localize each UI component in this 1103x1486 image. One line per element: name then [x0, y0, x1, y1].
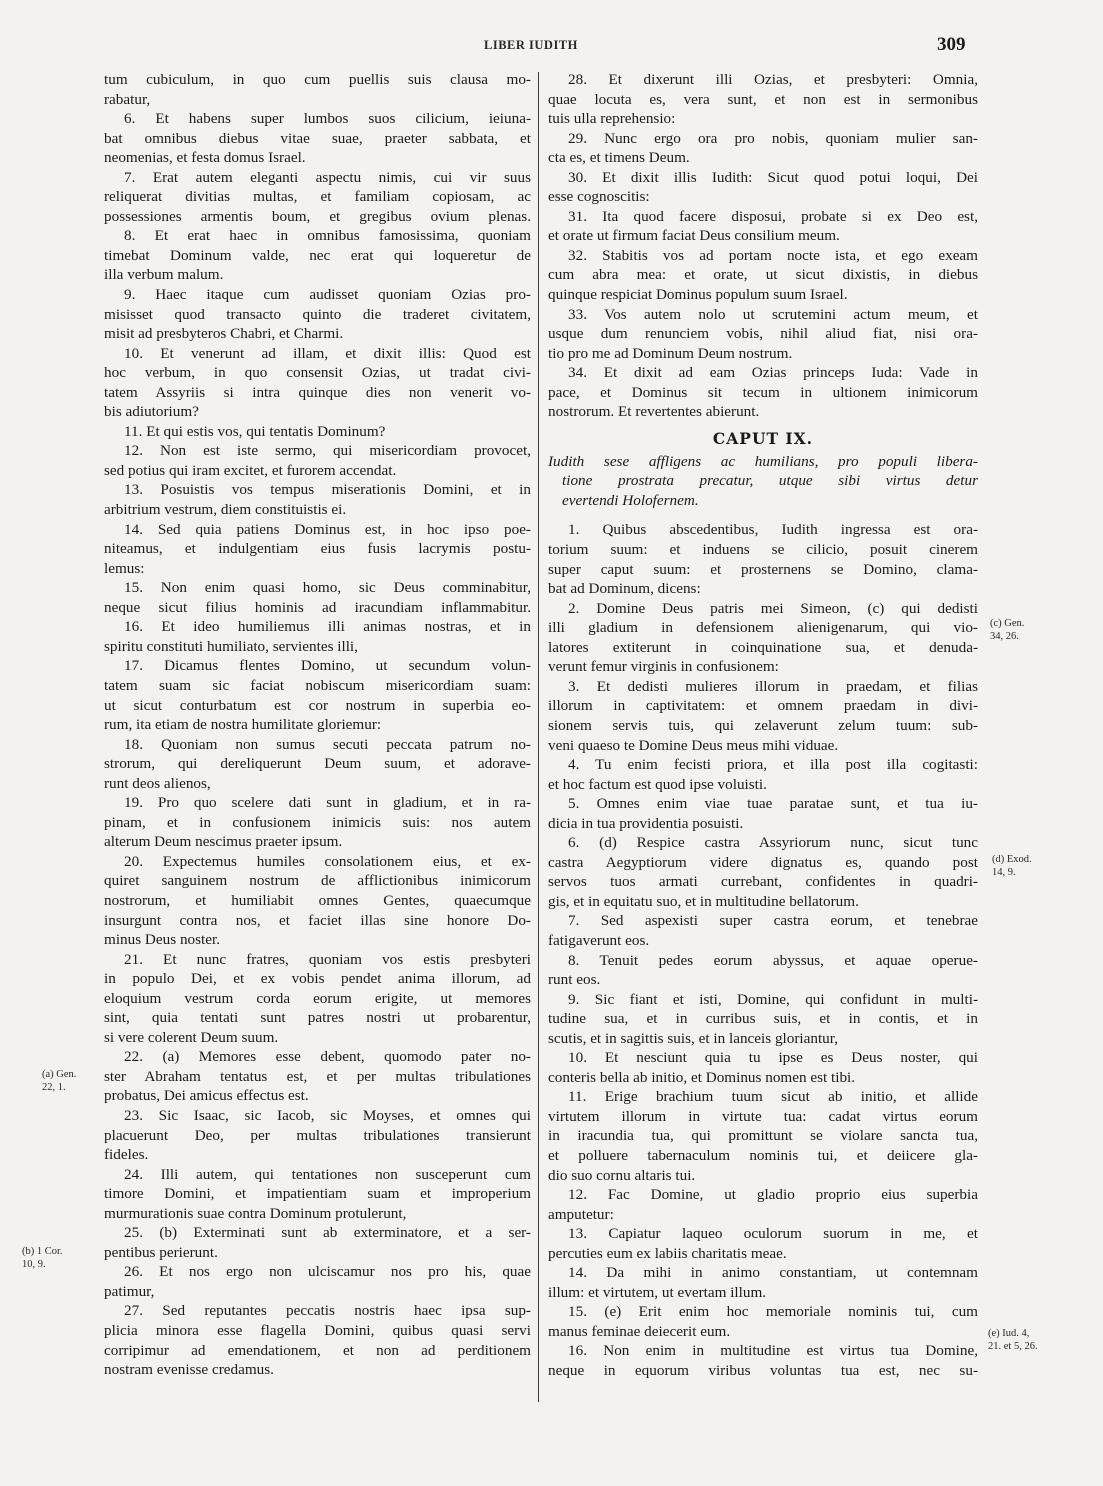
text-line: 12. Fac Domine, ut gladio proprio eius s… [548, 1185, 978, 1205]
text-line: 10. Et venerunt ad illam, et dixit illis… [104, 344, 531, 364]
chapter-viii-end: 28. Et dixerunt illi Ozias, et presbyter… [548, 70, 978, 422]
margin-note-loc: 14, 9. [992, 866, 1032, 879]
text-line: bat omnibus diebus vitae suae, praeter s… [104, 129, 531, 149]
text-line: 5. Omnes enim viae tuae paratae sunt, et… [548, 794, 978, 814]
margin-note-c: (c) Gen. 34, 26. [990, 617, 1024, 643]
text-line: 17. Dicamus flentes Domino, ut secundum … [104, 656, 531, 676]
text-line: eloquium vestrum corda eorum erigite, ut… [104, 989, 531, 1009]
margin-note-loc: 22, 1. [42, 1081, 76, 1094]
text-line: 15. (e) Erit enim hoc memoriale nominis … [548, 1302, 978, 1322]
text-line: ut sicut conturbatum est cor nostrum in … [104, 696, 531, 716]
text-line: timore Domini, et impatientiam suam et i… [104, 1184, 531, 1204]
text-line: arbitrium vestrum, diem constituistis ei… [104, 500, 531, 520]
text-line: in iracundia tua, qui promittunt se viol… [548, 1126, 978, 1146]
text-line: nostram evenisse credamus. [104, 1360, 531, 1380]
text-line: rum, ita etiam de nostra humilitate glor… [104, 715, 531, 735]
text-line: Iudith sese affligens ac humilians, pro … [548, 452, 978, 472]
column-divider [538, 72, 539, 1402]
text-line: verunt femur virginis in confusionem: [548, 657, 978, 677]
text-line: spiritu constituti humiliato, servientes… [104, 637, 531, 657]
text-line: castra Aegyptiorum videre dignatus es, q… [548, 853, 978, 873]
margin-note-a: (a) Gen. 22, 1. [42, 1068, 76, 1094]
text-line: 8. Tenuit pedes eorum abyssus, et aquae … [548, 951, 978, 971]
text-line: 18. Quoniam non sumus secuti peccata pat… [104, 735, 531, 755]
text-line: 7. Sed aspexisti super castra eorum, et … [548, 911, 978, 931]
text-line: illi gladium in defensionem alienigenaru… [548, 618, 978, 638]
text-line: bat ad Dominum, dicens: [548, 579, 978, 599]
running-title: LIBER IUDITH [484, 38, 578, 53]
text-line: 12. Non est iste sermo, qui misericordia… [104, 441, 531, 461]
text-line: murmurationis suae contra Dominum protul… [104, 1204, 531, 1224]
margin-note-loc: 21. et 5, 26. [988, 1340, 1038, 1353]
text-line: rabatur, [104, 90, 531, 110]
text-line: et hoc factum est quod ipse voluisti. [548, 775, 978, 795]
text-line: neomenias, et festa domus Israel. [104, 148, 531, 168]
text-line: neque sicut filius hominis ad iracundiam… [104, 598, 531, 618]
text-line: si vere colerent Deum suum. [104, 1028, 531, 1048]
text-line: niteamus, et indulgentiam eius fusis lac… [104, 539, 531, 559]
text-line: runt eos. [548, 970, 978, 990]
text-line: 22. (a) Memores esse debent, quomodo pat… [104, 1047, 531, 1067]
text-line: percuties eum ex labiis charitatis meae. [548, 1244, 978, 1264]
text-line: 9. Sic fiant et isti, Domine, qui confid… [548, 990, 978, 1010]
margin-note-ref: (d) Exod. [992, 853, 1032, 866]
margin-note-d: (d) Exod. 14, 9. [992, 853, 1032, 879]
margin-note-ref: (e) Iud. 4, [988, 1327, 1038, 1340]
text-line: usque dum renunciem vobis, nihil aliud f… [548, 324, 978, 344]
page-number: 309 [937, 34, 966, 56]
margin-note-loc: 10, 9. [22, 1258, 63, 1271]
text-line: 27. Sed reputantes peccatis nostris haec… [104, 1301, 531, 1321]
text-line: possessiones armentis boum, et gregibus … [104, 207, 531, 227]
text-line: illum: et virtutem, ut evertam illum. [548, 1283, 978, 1303]
text-line: misisset quod transacto quinto die trade… [104, 305, 531, 325]
text-line: scutis, et in sagittis suis, et in lance… [548, 1029, 978, 1049]
margin-note-b: (b) 1 Cor. 10, 9. [22, 1245, 63, 1271]
text-line: illorum in captivitatem: et omnem praeda… [548, 696, 978, 716]
text-line: 3. Et dedisti mulieres illorum in praeda… [548, 677, 978, 697]
text-line: gis, et in equitatu suo, et in multitudi… [548, 892, 978, 912]
text-line: fatigaverunt eos. [548, 931, 978, 951]
text-line: timebat Dominum valde, nec erat qui loqu… [104, 246, 531, 266]
text-line: servos tuos armati currebant, confidente… [548, 872, 978, 892]
text-line: conteris bella ab initio, et Dominus nom… [548, 1068, 978, 1088]
text-line: 24. Illi autem, qui tentationes non susc… [104, 1165, 531, 1185]
text-line: veni quaeso te Domine Deus meus mihi vid… [548, 736, 978, 756]
text-line: reliquerat divitias multas, et familiam … [104, 187, 531, 207]
text-line: 29. Nunc ergo ora pro nobis, quoniam mul… [548, 129, 978, 149]
text-line: 2. Domine Deus patris mei Simeon, (c) qu… [548, 599, 978, 619]
text-line: tuis ulla reprehensio: [548, 109, 978, 129]
text-line: 16. Et ideo humiliemus illi animas nostr… [104, 617, 531, 637]
text-line: pinam, et in confusionem inimicis suis: … [104, 813, 531, 833]
text-line: 30. Et dixit illis Iudith: Sicut quod po… [548, 168, 978, 188]
text-line: 21. Et nunc fratres, quoniam vos estis p… [104, 950, 531, 970]
text-line: 6. (d) Respice castra Assyriorum nunc, s… [548, 833, 978, 853]
text-line: plicia minora esse flagella Domini, quib… [104, 1321, 531, 1341]
text-line: 4. Tu enim fecisti priora, et illa post … [548, 755, 978, 775]
margin-note-ref: (b) 1 Cor. [22, 1245, 63, 1258]
text-line: 11. Erige brachium tuum sicut ab initio,… [548, 1087, 978, 1107]
text-line: runt deos alienos, [104, 774, 531, 794]
chapter-heading: CAPUT IX. [548, 422, 978, 452]
text-line: nostrorum, et humiliabit omnes Gentes, q… [104, 891, 531, 911]
text-line: manus feminae deiecerit eum. [548, 1322, 978, 1342]
text-line: 11. Et qui estis vos, qui tentatis Domin… [104, 422, 531, 442]
text-line: 10. Et nesciunt quia tu ipse es Deus nos… [548, 1048, 978, 1068]
margin-note-e: (e) Iud. 4, 21. et 5, 26. [988, 1327, 1038, 1353]
left-text-column: tum cubiculum, in quo cum puellis suis c… [104, 70, 531, 1380]
text-line: pentibus perierunt. [104, 1243, 531, 1263]
text-line: corripimur ad emendationem, et non ad pe… [104, 1341, 531, 1361]
text-line: torium suum: et induens se cilicio, posu… [548, 540, 978, 560]
text-line: illa verbum malum. [104, 265, 531, 285]
text-line: latores extiterunt in coinquinatione sua… [548, 638, 978, 658]
text-line: insurgunt contra nos, et faciet illas si… [104, 911, 531, 931]
text-line: bis adiutorium? [104, 402, 531, 422]
text-line: 14. Da mihi in animo constantiam, ut con… [548, 1263, 978, 1283]
text-line: in populo Dei, et ex vobis pendet anima … [104, 969, 531, 989]
margin-note-ref: (a) Gen. [42, 1068, 76, 1081]
text-line: quinque respiciat Dominus populum suum I… [548, 285, 978, 305]
text-line: tatem suam sic faciat nobiscum misericor… [104, 676, 531, 696]
right-text-column: 28. Et dixerunt illi Ozias, et presbyter… [548, 70, 978, 1381]
text-line: quiret sanguinem nostrum de afflictionib… [104, 871, 531, 891]
text-line: dio suo cornu altaris tui. [548, 1166, 978, 1186]
text-line: 28. Et dixerunt illi Ozias, et presbyter… [548, 70, 978, 90]
text-line: 6. Et habens super lumbos suos cilicium,… [104, 109, 531, 129]
text-line: cum abra mea: et orate, ut sicut dixisti… [548, 265, 978, 285]
text-line: ster Abraham tentatus est, et per multas… [104, 1067, 531, 1087]
text-line: fideles. [104, 1145, 531, 1165]
text-line: super caput suum: et prosternens se Domi… [548, 560, 978, 580]
margin-note-ref: (c) Gen. [990, 617, 1024, 630]
text-line: 26. Et nos ergo non ulciscamur nos pro h… [104, 1262, 531, 1282]
text-line: patimur, [104, 1282, 531, 1302]
text-line: sint, quia tentati sunt patres nostri ut… [104, 1008, 531, 1028]
text-line: 20. Expectemus humiles consolationem eiu… [104, 852, 531, 872]
text-line: alterum Deum nescimus praeter ipsum. [104, 832, 531, 852]
text-line: 8. Et erat haec in omnibus famosissima, … [104, 226, 531, 246]
text-line: lemus: [104, 559, 531, 579]
text-line: evertendi Holofernem. [548, 491, 978, 511]
text-line: placuerunt Deo, per multas tribulationes… [104, 1126, 531, 1146]
text-line: pace, et Dominus sit tecum in ultionem i… [548, 383, 978, 403]
text-line: tudine sua, et in curribus suis, et in c… [548, 1009, 978, 1029]
chapter-summary: Iudith sese affligens ac humilians, pro … [548, 452, 978, 511]
text-line: tum cubiculum, in quo cum puellis suis c… [104, 70, 531, 90]
text-line: probatus, Dei amicus effectus est. [104, 1086, 531, 1106]
text-line: 16. Non enim in multitudine est virtus t… [548, 1341, 978, 1361]
text-line: virtutem illorum in virtute tua: cadat v… [548, 1107, 978, 1127]
text-line: 23. Sic Isaac, sic Iacob, sic Moyses, et… [104, 1106, 531, 1126]
text-line: 25. (b) Exterminati sunt ab exterminator… [104, 1223, 531, 1243]
text-line: 34. Et dixit ad eam Ozias princeps Iuda:… [548, 363, 978, 383]
text-line: 7. Erat autem eleganti aspectu nimis, cu… [104, 168, 531, 188]
text-line: 19. Pro quo scelere dati sunt in gladium… [104, 793, 531, 813]
text-line: esse cognoscitis: [548, 187, 978, 207]
text-line: 1. Quibus abscedentibus, Iudith ingressa… [548, 520, 978, 540]
text-line: et polluere tabernaculum nominis tui, et… [548, 1146, 978, 1166]
text-line: et orate ut firmum faciat Deus consilium… [548, 226, 978, 246]
running-header: LIBER IUDITH 309 [0, 38, 1103, 58]
text-line: tio pro me ad Dominum Deum nostrum. [548, 344, 978, 364]
book-page: LIBER IUDITH 309 tum cubiculum, in quo c… [0, 0, 1103, 1486]
text-line: misit ad presbyteros Chabri, et Charmi. [104, 324, 531, 344]
text-line: tatem Assyriis si intra quinque dies non… [104, 383, 531, 403]
text-line: dicia in tua providentia posuisti. [548, 814, 978, 834]
spacer [548, 510, 978, 520]
text-line: 14. Sed quia patiens Dominus est, in hoc… [104, 520, 531, 540]
text-line: 15. Non enim quasi homo, sic Deus commin… [104, 578, 531, 598]
text-line: sed potius qui iram excitet, et furorem … [104, 461, 531, 481]
text-line: 31. Ita quod facere disposui, probate si… [548, 207, 978, 227]
text-line: 13. Posuistis vos tempus miserationis Do… [104, 480, 531, 500]
text-line: cta es, et timens Deum. [548, 148, 978, 168]
text-line: nostrorum. Et revertentes abierunt. [548, 402, 978, 422]
text-line: amputetur: [548, 1205, 978, 1225]
margin-note-loc: 34, 26. [990, 630, 1024, 643]
text-line: sionem servis tuis, qui zelaverunt zelum… [548, 716, 978, 736]
text-line: 32. Stabitis vos ad portam nocte ista, e… [548, 246, 978, 266]
text-line: minus Deus noster. [104, 930, 531, 950]
text-line: strorum, qui dereliquerunt Deum suum, et… [104, 754, 531, 774]
text-line: 9. Haec itaque cum audisset quoniam Ozia… [104, 285, 531, 305]
text-line: hoc verbum, in quo consensit Ozias, ut t… [104, 363, 531, 383]
chapter-ix-text: 1. Quibus abscedentibus, Iudith ingressa… [548, 520, 978, 1380]
text-line: tione prostrata precatur, utque sibi vir… [548, 471, 978, 491]
text-line: neque in equorum viribus voluntas tua es… [548, 1361, 978, 1381]
text-line: 13. Capiatur laqueo oculorum suorum in m… [548, 1224, 978, 1244]
text-line: quae locuta es, vera sunt, et non est in… [548, 90, 978, 110]
text-line: 33. Vos autem nolo ut scrutemini actum m… [548, 305, 978, 325]
